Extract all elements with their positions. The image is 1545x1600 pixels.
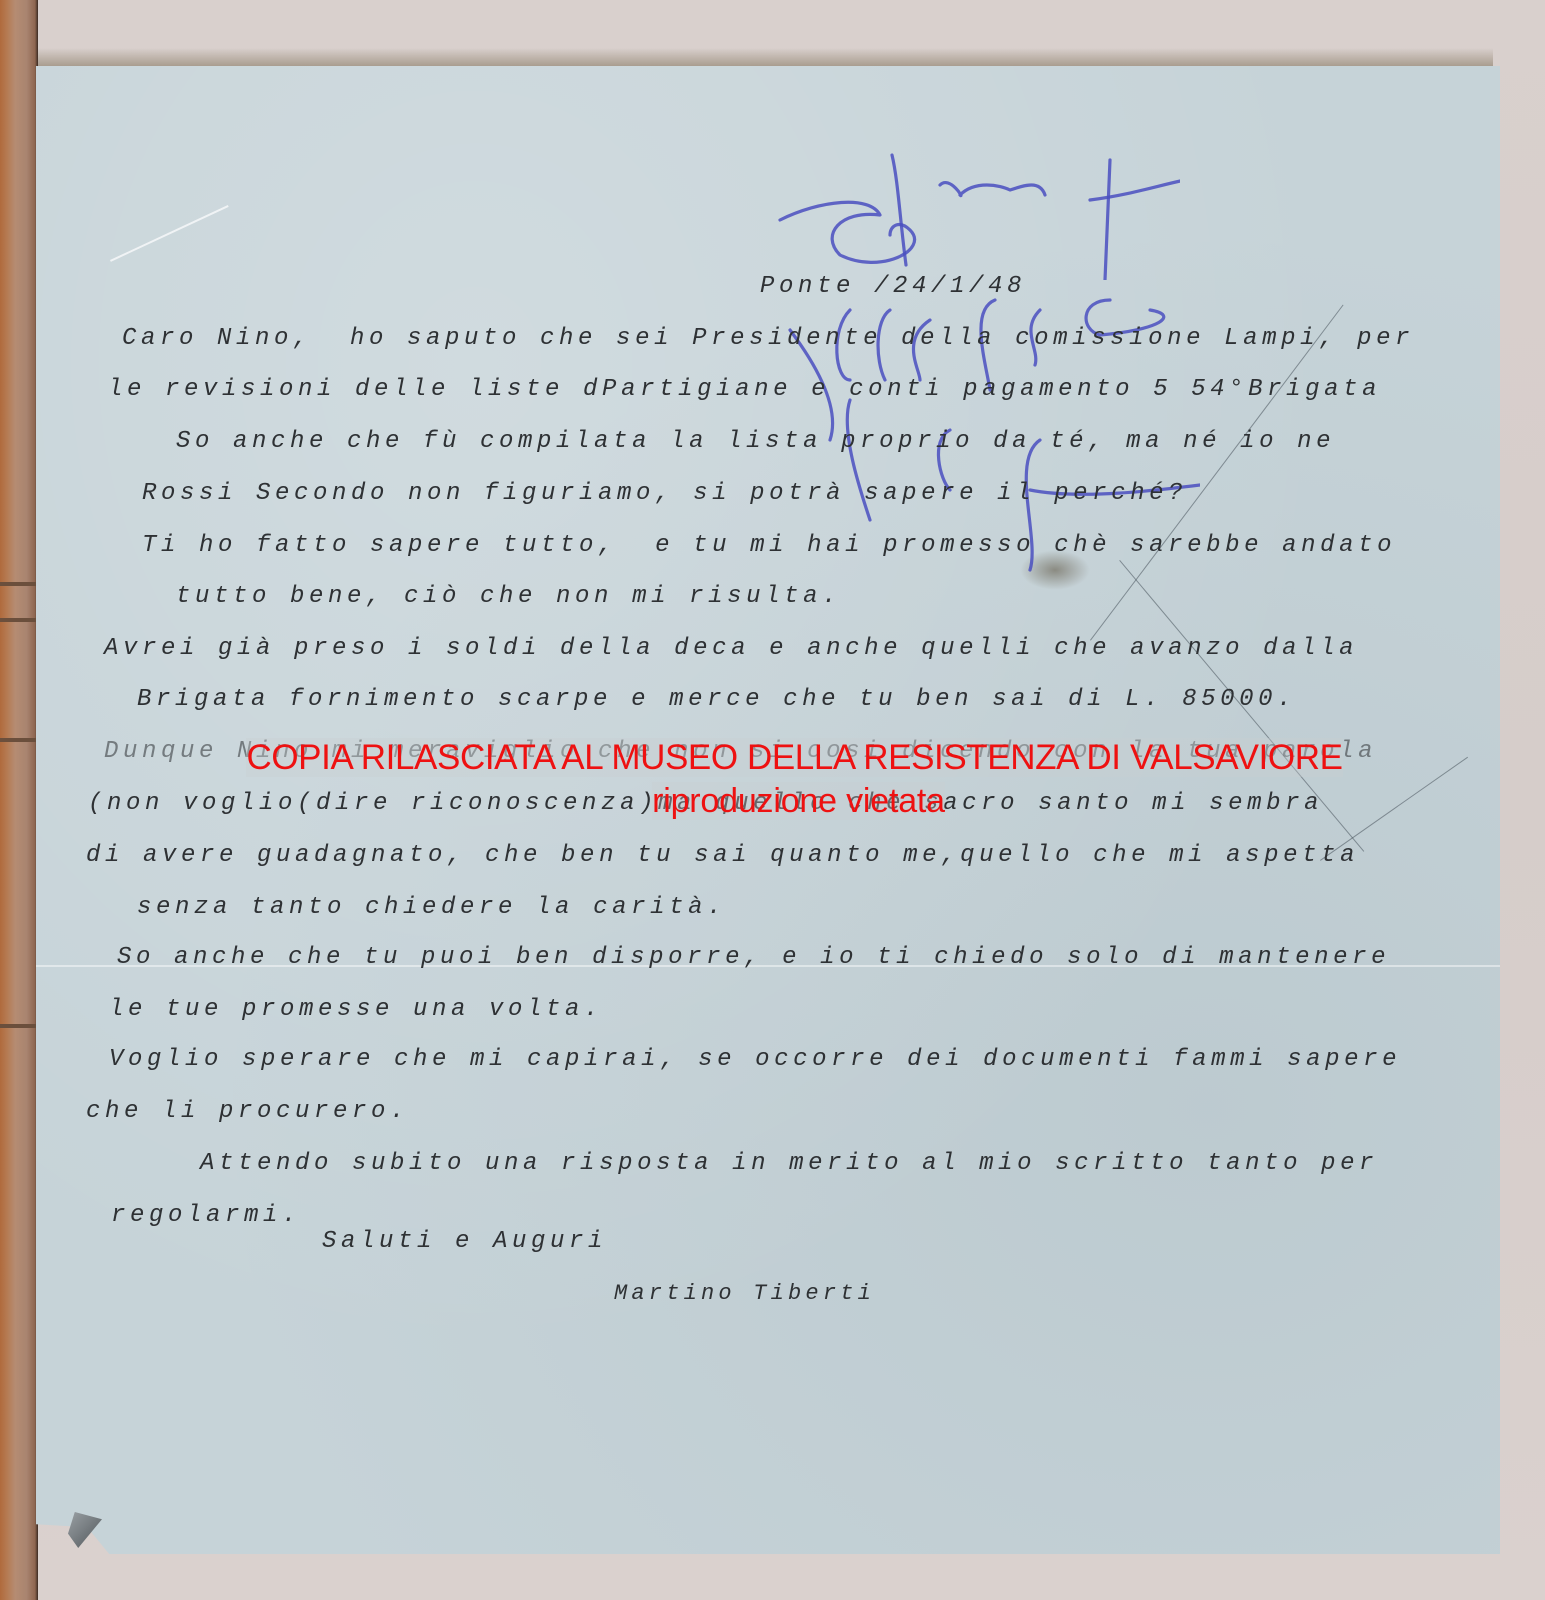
frame-seam	[0, 1024, 38, 1028]
frame-seam	[0, 618, 38, 622]
letter-line: le revisioni delle liste dPartigiane e c…	[108, 376, 1381, 404]
watermark-line-1: COPIA RILASCIATA AL MUSEO DELLA RESISTEN…	[0, 738, 1545, 778]
frame-seam	[0, 582, 38, 586]
letter-line: regolarmi.	[92, 1202, 301, 1230]
letter-line: tutto bene, ciò che non mi risulta.	[100, 583, 841, 611]
letter-line: So anche che tu puoi ben disporre, e io …	[60, 944, 1390, 972]
typed-signature: Martino Tiberti	[614, 1280, 875, 1308]
letter-line: Caro Nino, ho saputo che sei Presidente …	[122, 325, 1414, 353]
paper-shadow	[38, 48, 1493, 68]
letter-line: Rossi Secondo non figuriamo, si potrà sa…	[142, 480, 1187, 508]
watermark-line-2: riproduzione vietata	[0, 782, 1545, 821]
dateline: Ponte /24/1/48	[760, 273, 1026, 301]
letter-line: senza tanto chiedere la carità.	[80, 894, 726, 922]
letter-line: di avere guadagnato, che ben tu sai quan…	[86, 842, 1359, 870]
letter-line: Attendo subito una risposta in merito al…	[86, 1150, 1378, 1178]
letter-line: Ti ho fatto sapere tutto, e tu mi hai pr…	[142, 532, 1396, 560]
closing: Saluti e Auguri	[322, 1228, 607, 1256]
letter-line: Avrei già preso i soldi della deca e anc…	[104, 635, 1358, 663]
letter-line: che li procurero.	[86, 1098, 409, 1126]
letter-line: Brigata fornimento scarpe e merce che tu…	[118, 686, 1296, 714]
letter-line: So anche che fù compilata la lista propr…	[100, 428, 1335, 456]
letter-line: le tue promesse una volta.	[90, 996, 603, 1024]
watermark-text: riproduzione vietata	[652, 782, 945, 820]
letter-line: Voglio sperare che mi capirai, se occorr…	[90, 1046, 1401, 1074]
watermark-text: COPIA RILASCIATA AL MUSEO DELLA RESISTEN…	[246, 738, 1342, 777]
